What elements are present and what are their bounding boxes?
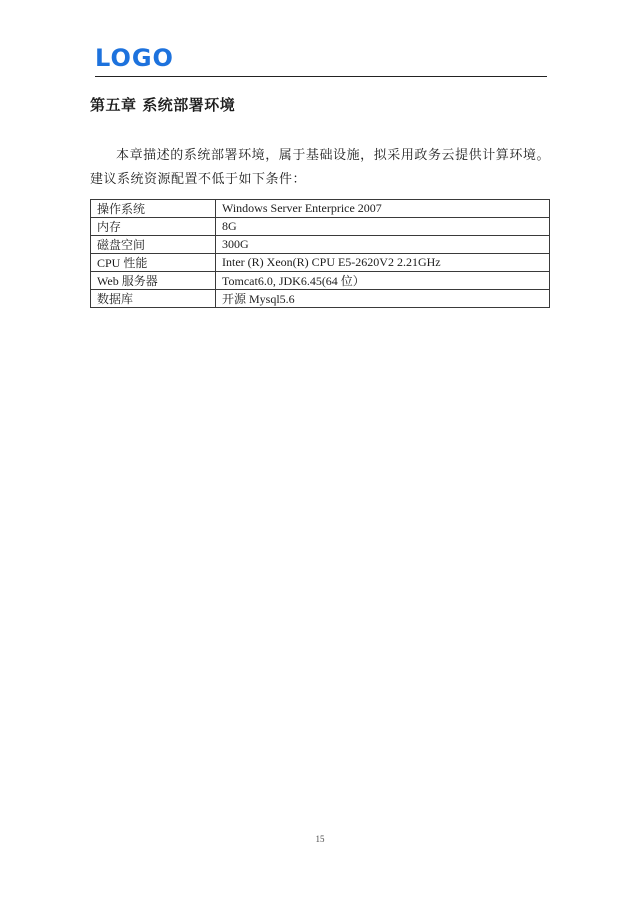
table-row: 操作系统 Windows Server Enterprice 2007 — [91, 200, 550, 218]
page-footer: 15 — [0, 834, 640, 844]
body-paragraph: 本章描述的系统部署环境，属于基础设施，拟采用政务云提供计算环境。建议系统资源配置… — [90, 143, 550, 191]
table-row: 内存 8G — [91, 218, 550, 236]
spec-value: Windows Server Enterprice 2007 — [216, 200, 550, 218]
spec-label: 数据库 — [91, 290, 216, 308]
spec-value: Tomcat6.0, JDK6.45(64 位） — [216, 272, 550, 290]
deployment-spec-table: 操作系统 Windows Server Enterprice 2007 内存 8… — [90, 199, 550, 308]
table-row: Web 服务器 Tomcat6.0, JDK6.45(64 位） — [91, 272, 550, 290]
spec-label: 操作系统 — [91, 200, 216, 218]
spec-label: Web 服务器 — [91, 272, 216, 290]
document-page: { "header": { "logo_text": "LOGO", "logo… — [0, 0, 640, 906]
spec-value: Inter (R) Xeon(R) CPU E5-2620V2 2.21GHz — [216, 254, 550, 272]
chapter-heading: 第五章 系统部署环境 — [90, 94, 550, 115]
page-header: LOGO — [90, 46, 550, 77]
spec-value: 开源 Mysql5.6 — [216, 290, 550, 308]
page-content: LOGO 第五章 系统部署环境 本章描述的系统部署环境，属于基础设施，拟采用政务… — [0, 0, 640, 308]
table-row: 磁盘空间 300G — [91, 236, 550, 254]
spec-value: 300G — [216, 236, 550, 254]
table-row: CPU 性能 Inter (R) Xeon(R) CPU E5-2620V2 2… — [91, 254, 550, 272]
spec-label: 内存 — [91, 218, 216, 236]
page-number: 15 — [316, 834, 325, 844]
company-logo: LOGO — [95, 46, 550, 70]
header-divider — [95, 76, 547, 77]
table-row: 数据库 开源 Mysql5.6 — [91, 290, 550, 308]
spec-value: 8G — [216, 218, 550, 236]
spec-label: 磁盘空间 — [91, 236, 216, 254]
spec-label: CPU 性能 — [91, 254, 216, 272]
